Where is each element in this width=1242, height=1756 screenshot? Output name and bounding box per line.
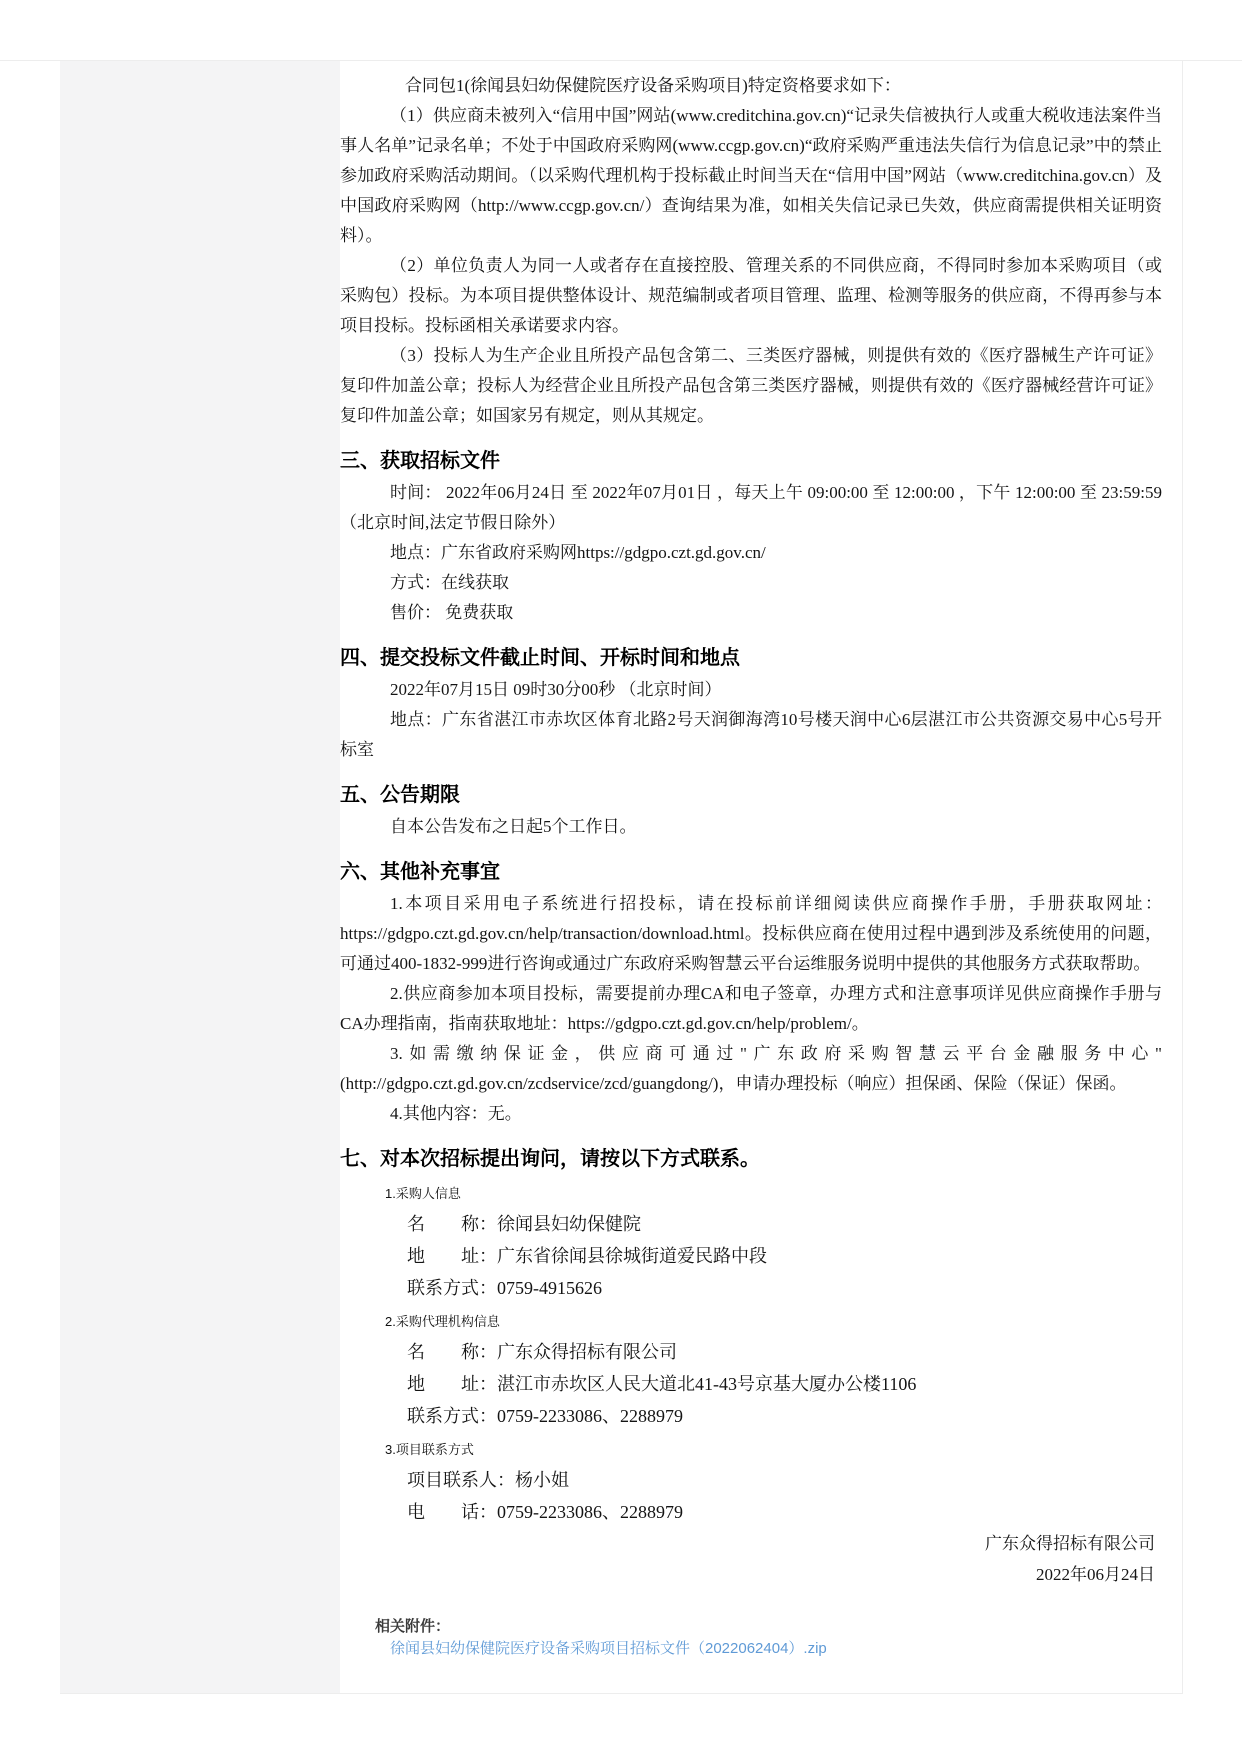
content-bottom-border bbox=[60, 1693, 1183, 1694]
attachments-section: 相关附件： 徐闻县妇幼保健院医疗设备采购项目招标文件（2022062404）.z… bbox=[375, 1616, 1162, 1660]
qualification-item-2: （2）单位负责人为同一人或者存在直接控股、管理关系的不同供应商，不得同时参加本采… bbox=[340, 251, 1162, 341]
attachments-label: 相关附件： bbox=[375, 1616, 1162, 1638]
project-contact-header: 3.项目联系方式 bbox=[385, 1436, 1162, 1464]
qualification-item-1: （1）供应商未被列入“信用中国”网站(www.creditchina.gov.c… bbox=[340, 101, 1162, 251]
obtain-place-line: 地点：广东省政府采购网https://gdgpo.czt.gd.gov.cn/ bbox=[340, 538, 1162, 568]
content-right-border bbox=[1182, 61, 1183, 1694]
agency-phone-line: 联系方式：0759-2233086、2288979 bbox=[407, 1400, 1162, 1432]
agency-address-line: 地 址：湛江市赤坎区人民大道北41-43号京基大厦办公楼1106 bbox=[407, 1368, 1162, 1400]
purchaser-name-line: 名 称：徐闻县妇幼保健院 bbox=[407, 1208, 1162, 1240]
section-title-announcement-period: 五、公告期限 bbox=[340, 778, 1162, 812]
page: { "page": { "background": "#ffffff", "si… bbox=[0, 0, 1242, 1756]
other-matters-item-1: 1.本项目采用电子系统进行招投标，请在投标前详细阅读供应商操作手册，手册获取网址… bbox=[340, 889, 1162, 979]
purchaser-info-header: 1.采购人信息 bbox=[385, 1180, 1162, 1208]
signature-company: 广东众得招标有限公司 bbox=[340, 1528, 1155, 1559]
obtain-price-line: 售价： 免费获取 bbox=[340, 598, 1162, 628]
deadline-datetime-line: 2022年07月15日 09时30分00秒 （北京时间） bbox=[340, 675, 1162, 705]
intro-paragraph: 合同包1(徐闻县妇幼保健院医疗设备采购项目)特定资格要求如下： bbox=[340, 71, 1162, 101]
purchaser-phone-line: 联系方式：0759-4915626 bbox=[407, 1272, 1162, 1304]
signature-date: 2022年06月24日 bbox=[340, 1559, 1155, 1590]
obtain-method-line: 方式：在线获取 bbox=[340, 568, 1162, 598]
section-title-other-matters: 六、其他补充事宜 bbox=[340, 855, 1162, 889]
agency-info-header: 2.采购代理机构信息 bbox=[385, 1308, 1162, 1336]
purchaser-address-line: 地 址：广东省徐闻县徐城街道爱民路中段 bbox=[407, 1240, 1162, 1272]
announcement-content: 合同包1(徐闻县妇幼保健院医疗设备采购项目)特定资格要求如下： （1）供应商未被… bbox=[340, 61, 1162, 1660]
other-matters-item-3: 3.如需缴纳保证金，供应商可通过"广东政府采购智慧云平台金融服务中心"(http… bbox=[340, 1039, 1162, 1099]
attachment-zip-link[interactable]: 徐闻县妇幼保健院医疗设备采购项目招标文件（2022062404）.zip bbox=[390, 1638, 827, 1660]
project-contact-person-line: 项目联系人：杨小姐 bbox=[407, 1464, 1162, 1496]
project-contact-phone-line: 电 话：0759-2233086、2288979 bbox=[407, 1496, 1162, 1528]
announcement-period-line: 自本公告发布之日起5个工作日。 bbox=[340, 812, 1162, 842]
qualification-item-3: （3）投标人为生产企业且所投产品包含第二、三类医疗器械，则提供有效的《医疗器械生… bbox=[340, 341, 1162, 431]
obtain-time-line: 时间： 2022年06月24日 至 2022年07月01日 ，每天上午 09:0… bbox=[340, 478, 1162, 538]
opening-place-line: 地点：广东省湛江市赤坎区体育北路2号天润御海湾10号楼天润中心6层湛江市公共资源… bbox=[340, 705, 1162, 765]
section-title-deadline-opening: 四、提交投标文件截止时间、开标时间和地点 bbox=[340, 641, 1162, 675]
other-matters-item-2: 2.供应商参加本项目投标，需要提前办理CA和电子签章，办理方式和注意事项详见供应… bbox=[340, 979, 1162, 1039]
left-sidebar-panel bbox=[60, 61, 340, 1693]
section-title-contact: 七、对本次招标提出询问，请按以下方式联系。 bbox=[340, 1142, 1162, 1176]
agency-name-line: 名 称：广东众得招标有限公司 bbox=[407, 1336, 1162, 1368]
section-title-obtain-documents: 三、获取招标文件 bbox=[340, 444, 1162, 478]
other-matters-item-4: 4.其他内容：无。 bbox=[340, 1099, 1162, 1129]
